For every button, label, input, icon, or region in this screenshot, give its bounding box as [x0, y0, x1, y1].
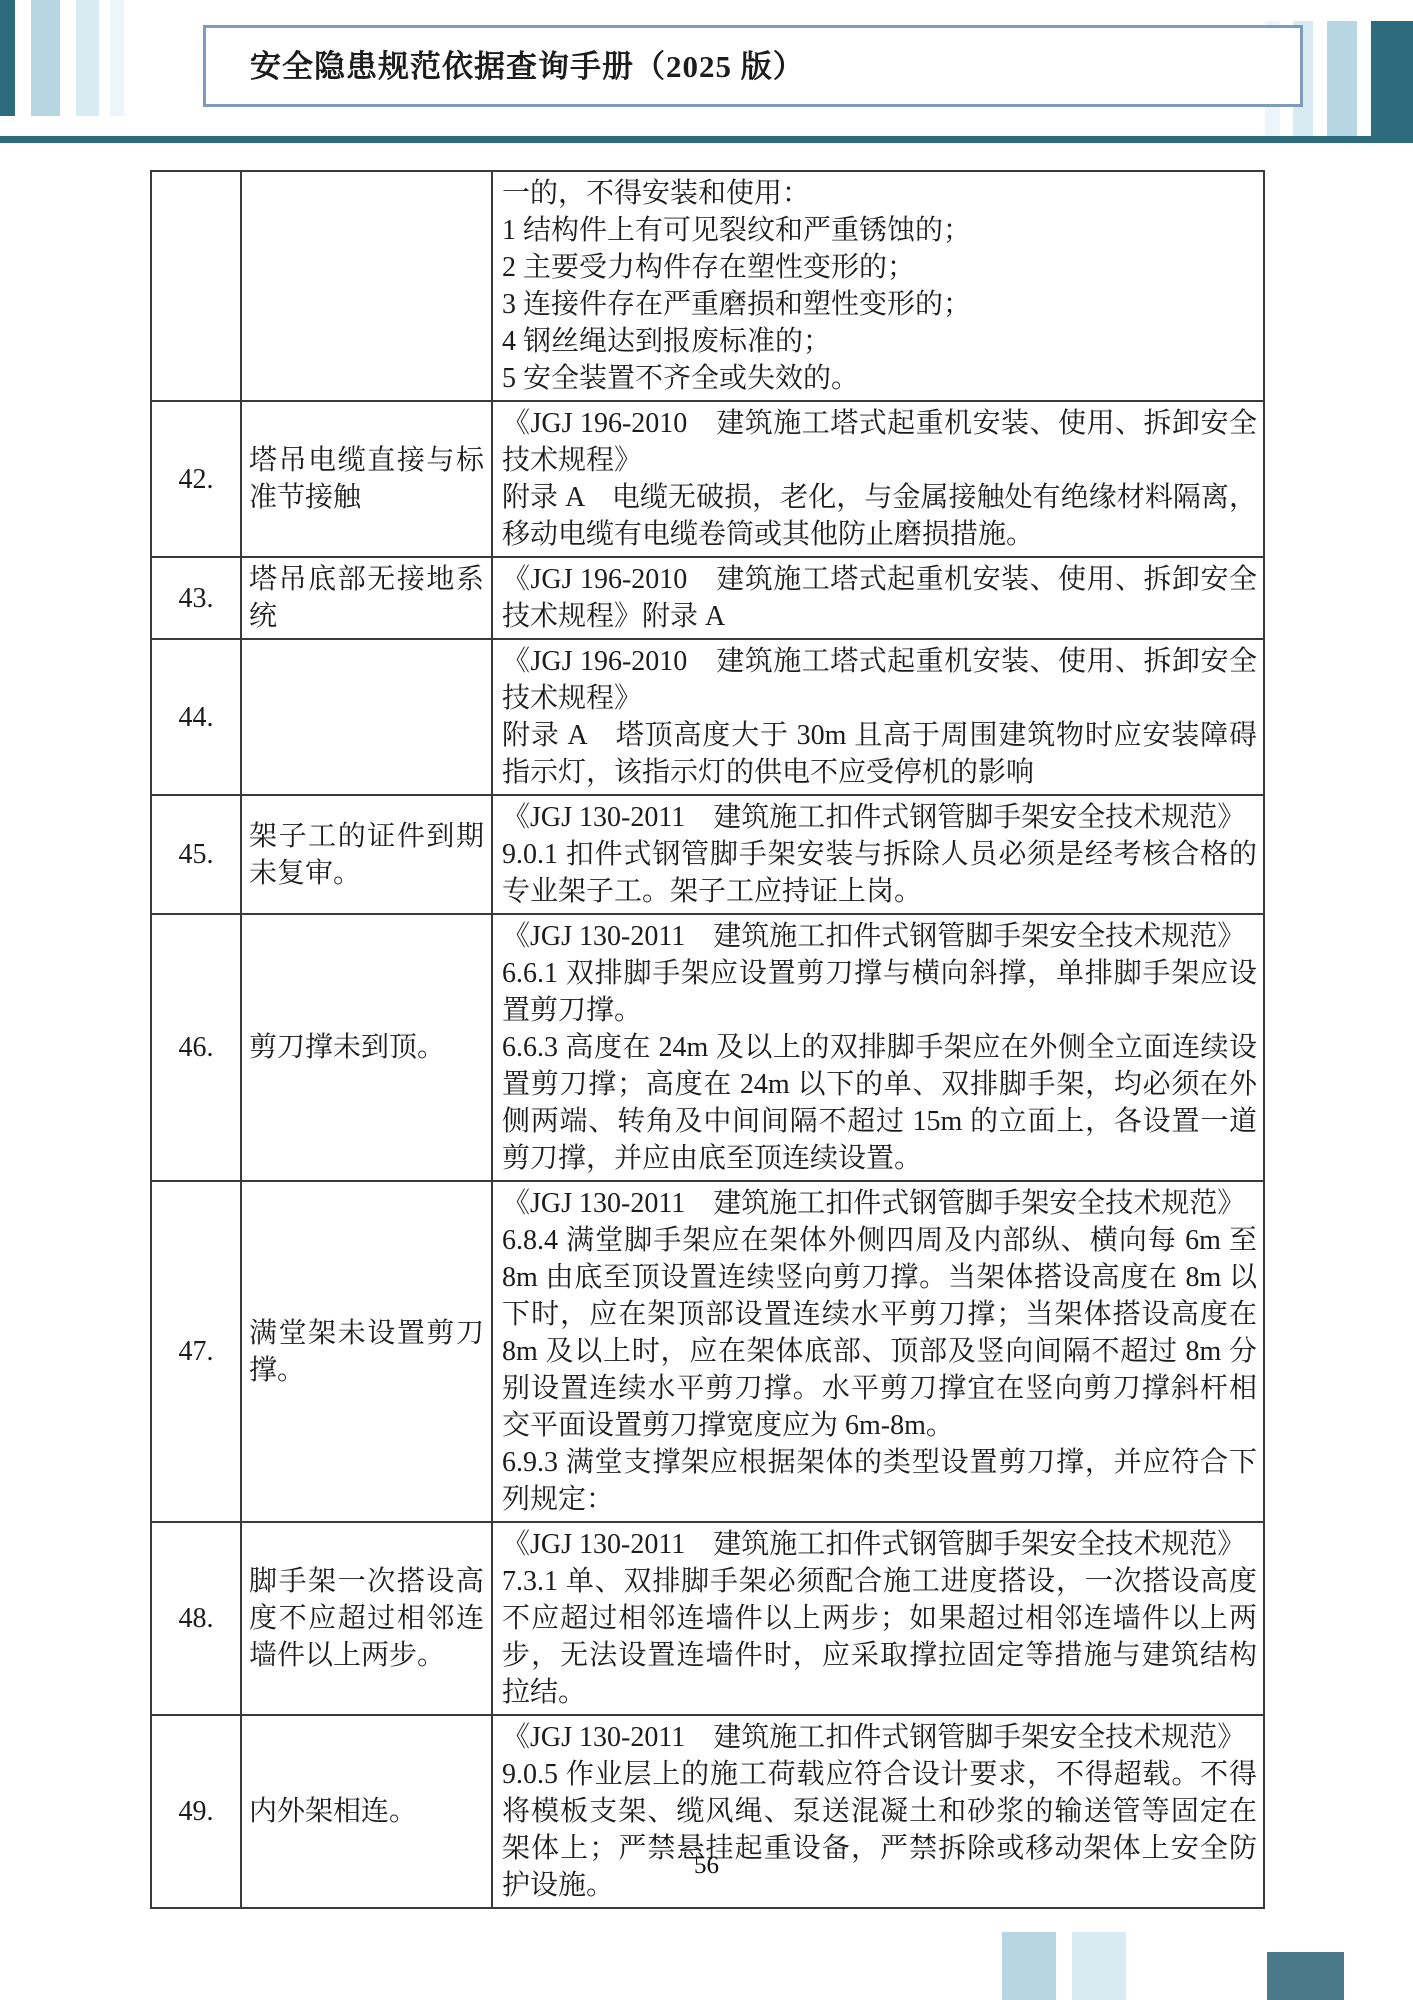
row-number: 44.	[151, 639, 241, 795]
row-number: 42.	[151, 401, 241, 557]
basis-paragraph: 一的，不得安装和使用：	[502, 175, 1257, 212]
basis-paragraph: 7.3.1 单、双排脚手架必须配合施工进度搭设，一次搭设高度不应超过相邻连墙件以…	[502, 1563, 1257, 1711]
regulation-basis: 《JGJ 130-2011 建筑施工扣件式钢管脚手架安全技术规范》6.8.4 满…	[492, 1181, 1264, 1522]
hazard-description: 剪刀撑未到顶。	[241, 914, 492, 1181]
hazard-description-text: 剪刀撑未到顶。	[249, 1029, 484, 1066]
top-left-stripe-light	[31, 0, 60, 116]
row-number: 46.	[151, 914, 241, 1181]
basis-paragraph: 9.0.5 作业层上的施工荷载应符合设计要求，不得超载。不得将模板支架、缆风绳、…	[502, 1756, 1257, 1904]
regulation-basis: 《JGJ 196-2010 建筑施工塔式起重机安装、使用、拆卸安全技术规程》附录…	[492, 401, 1264, 557]
hazard-description	[241, 171, 492, 401]
hazard-description: 塔吊电缆直接与标准节接触	[241, 401, 492, 557]
basis-paragraph: 9.0.1 扣件式钢管脚手架安装与拆除人员必须是经考核合格的专业架子工。架子工应…	[502, 836, 1257, 910]
top-left-stripe-pale	[76, 0, 99, 116]
regulation-basis: 《JGJ 130-2011 建筑施工扣件式钢管脚手架安全技术规范》9.0.1 扣…	[492, 795, 1264, 914]
regulation-basis: 《JGJ 130-2011 建筑施工扣件式钢管脚手架安全技术规范》6.6.1 双…	[492, 914, 1264, 1181]
table-row: 42.塔吊电缆直接与标准节接触《JGJ 196-2010 建筑施工塔式起重机安装…	[151, 401, 1264, 557]
basis-paragraph: 6.6.3 高度在 24m 及以上的双排脚手架应在外侧全立面连续设置剪刀撑；高度…	[502, 1029, 1257, 1177]
basis-paragraph: 《JGJ 196-2010 建筑施工塔式起重机安装、使用、拆卸安全技术规程》	[502, 643, 1257, 717]
basis-paragraph: 6.6.1 双排脚手架应设置剪刀撑与横向斜撑，单排脚手架应设置剪刀撑。	[502, 955, 1257, 1029]
basis-paragraph: 3 连接件存在严重磨损和塑性变形的；	[502, 286, 1257, 323]
hazard-description-text: 满堂架未设置剪刀撑。	[249, 1315, 484, 1389]
hazard-description: 塔吊底部无接地系统	[241, 557, 492, 639]
header-rule	[0, 136, 1413, 143]
basis-paragraph: 《JGJ 130-2011 建筑施工扣件式钢管脚手架安全技术规范》	[502, 799, 1257, 836]
hazard-description: 脚手架一次搭设高度不应超过相邻连墙件以上两步。	[241, 1522, 492, 1715]
page-title: 安全隐患规范依据查询手册（2025 版）	[250, 41, 805, 86]
header-title-box: 安全隐患规范依据查询手册（2025 版）	[203, 25, 1303, 107]
row-number: 47.	[151, 1181, 241, 1522]
basis-paragraph: 1 结构件上有可见裂纹和严重锈蚀的；	[502, 212, 1257, 249]
regulation-basis: 《JGJ 130-2011 建筑施工扣件式钢管脚手架安全技术规范》7.3.1 单…	[492, 1522, 1264, 1715]
table-row: 48.脚手架一次搭设高度不应超过相邻连墙件以上两步。《JGJ 130-2011 …	[151, 1522, 1264, 1715]
regulation-basis: 《JGJ 196-2010 建筑施工塔式起重机安装、使用、拆卸安全技术规程》附录…	[492, 639, 1264, 795]
table-row: 46.剪刀撑未到顶。《JGJ 130-2011 建筑施工扣件式钢管脚手架安全技术…	[151, 914, 1264, 1181]
hazard-description: 架子工的证件到期未复审。	[241, 795, 492, 914]
table-row: 一的，不得安装和使用：1 结构件上有可见裂纹和严重锈蚀的；2 主要受力构件存在塑…	[151, 171, 1264, 401]
hazard-description: 满堂架未设置剪刀撑。	[241, 1181, 492, 1522]
basis-paragraph: 《JGJ 130-2011 建筑施工扣件式钢管脚手架安全技术规范》	[502, 1526, 1257, 1563]
table-row: 43.塔吊底部无接地系统《JGJ 196-2010 建筑施工塔式起重机安装、使用…	[151, 557, 1264, 639]
basis-paragraph: 6.8.4 满堂脚手架应在架体外侧四周及内部纵、横向每 6m 至 8m 由底至顶…	[502, 1222, 1257, 1444]
basis-paragraph: 6.9.3 满堂支撑架应根据架体的类型设置剪刀撑，并应符合下列规定：	[502, 1444, 1257, 1518]
page-number: 56	[0, 1852, 1413, 1880]
basis-paragraph: 《JGJ 130-2011 建筑施工扣件式钢管脚手架安全技术规范》	[502, 918, 1257, 955]
hazard-description-text: 内外架相连。	[249, 1793, 484, 1830]
row-number: 48.	[151, 1522, 241, 1715]
hazard-description-text: 脚手架一次搭设高度不应超过相邻连墙件以上两步。	[249, 1563, 484, 1674]
basis-paragraph: 5 安全装置不齐全或失效的。	[502, 360, 1257, 397]
bottom-right-stripe-light	[1002, 1932, 1056, 2000]
table-row: 44.《JGJ 196-2010 建筑施工塔式起重机安装、使用、拆卸安全技术规程…	[151, 639, 1264, 795]
basis-paragraph: 附录 A 塔顶高度大于 30m 且高于周围建筑物时应安装障碍指示灯，该指示灯的供…	[502, 717, 1257, 791]
top-left-stripe-faint	[110, 0, 124, 116]
regulation-table: 一的，不得安装和使用：1 结构件上有可见裂纹和严重锈蚀的；2 主要受力构件存在塑…	[150, 170, 1265, 1909]
basis-paragraph: 《JGJ 196-2010 建筑施工塔式起重机安装、使用、拆卸安全技术规程》	[502, 405, 1257, 479]
basis-paragraph: 附录 A 电缆无破损，老化，与金属接触处有绝缘材料隔离，移动电缆有电缆卷筒或其他…	[502, 479, 1257, 553]
hazard-description-text: 塔吊电缆直接与标准节接触	[249, 442, 484, 516]
basis-paragraph: 《JGJ 130-2011 建筑施工扣件式钢管脚手架安全技术规范》	[502, 1719, 1257, 1756]
table-row: 45.架子工的证件到期未复审。《JGJ 130-2011 建筑施工扣件式钢管脚手…	[151, 795, 1264, 914]
row-number: 45.	[151, 795, 241, 914]
basis-paragraph: 4 钢丝绳达到报废标准的；	[502, 323, 1257, 360]
hazard-description-text: 架子工的证件到期未复审。	[249, 818, 484, 892]
basis-paragraph: 《JGJ 196-2010 建筑施工塔式起重机安装、使用、拆卸安全技术规程》附录…	[502, 561, 1257, 635]
regulation-table-body: 一的，不得安装和使用：1 结构件上有可见裂纹和严重锈蚀的；2 主要受力构件存在塑…	[151, 171, 1264, 1908]
bottom-right-stripe-dark	[1267, 1952, 1344, 2000]
top-left-stripe-dark	[0, 0, 15, 116]
regulation-basis: 《JGJ 196-2010 建筑施工塔式起重机安装、使用、拆卸安全技术规程》附录…	[492, 557, 1264, 639]
top-right-stripe-light	[1327, 21, 1357, 137]
basis-paragraph: 2 主要受力构件存在塑性变形的；	[502, 249, 1257, 286]
bottom-right-stripe-pale	[1072, 1932, 1126, 2000]
hazard-description-text: 塔吊底部无接地系统	[249, 561, 484, 635]
table-row: 47.满堂架未设置剪刀撑。《JGJ 130-2011 建筑施工扣件式钢管脚手架安…	[151, 1181, 1264, 1522]
basis-paragraph: 《JGJ 130-2011 建筑施工扣件式钢管脚手架安全技术规范》	[502, 1185, 1257, 1222]
regulation-basis: 一的，不得安装和使用：1 结构件上有可见裂纹和严重锈蚀的；2 主要受力构件存在塑…	[492, 171, 1264, 401]
row-number: 43.	[151, 557, 241, 639]
document-page: 安全隐患规范依据查询手册（2025 版） 一的，不得安装和使用：1 结构件上有可…	[0, 0, 1413, 2000]
row-number	[151, 171, 241, 401]
top-right-stripe-dark	[1371, 21, 1413, 140]
hazard-description	[241, 639, 492, 795]
